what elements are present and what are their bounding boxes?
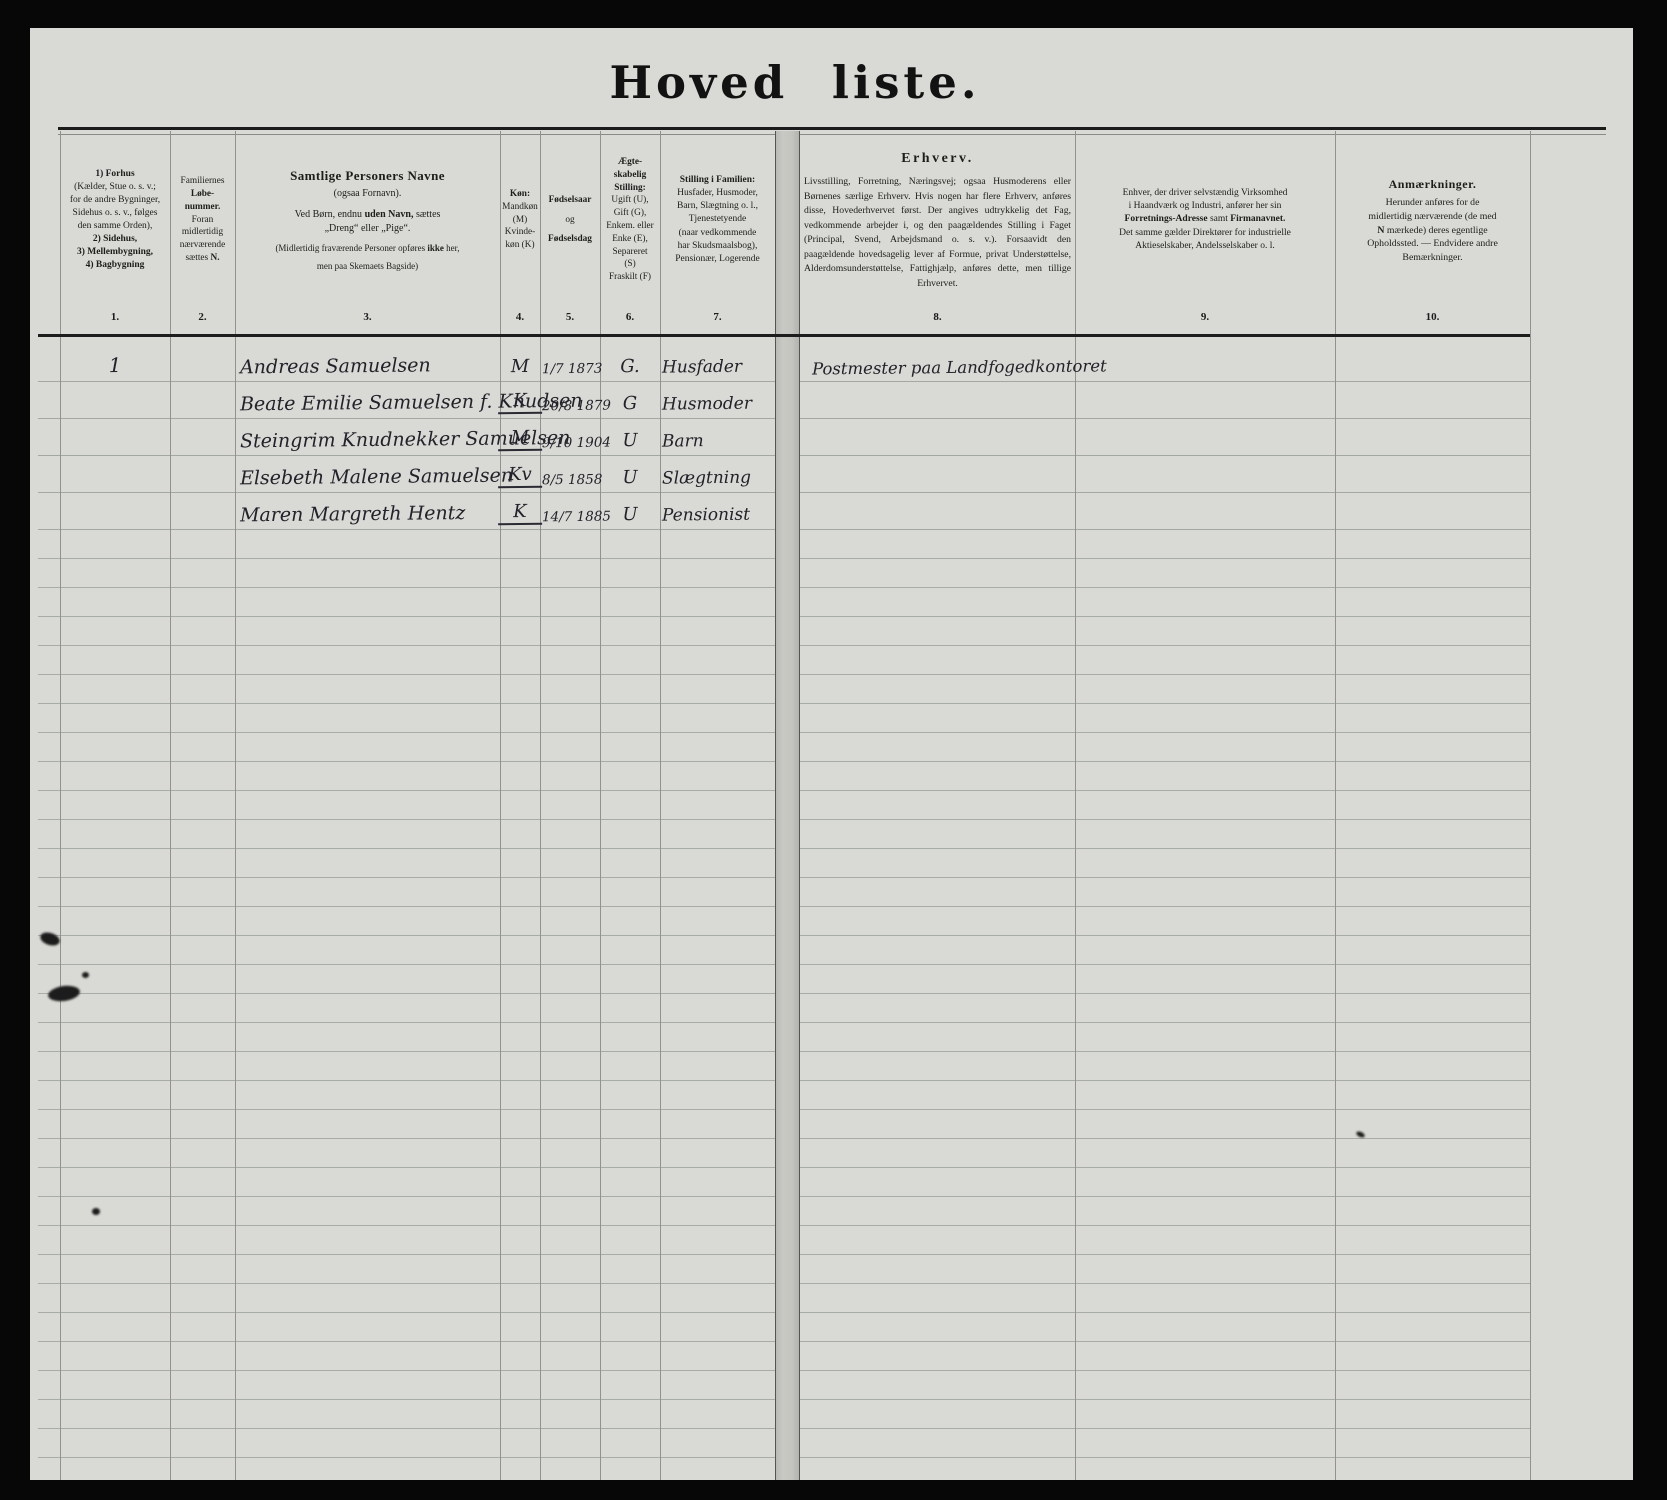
scan-artifact <box>82 972 89 978</box>
entry-birthdate: 8/5 1858 <box>542 472 600 489</box>
entry-family-position: Barn <box>662 430 774 451</box>
column-number: 9. <box>1077 311 1333 331</box>
column-number: 6. <box>601 311 659 331</box>
scanned-census-page: Hoved liste. 1) Forhus(Kælder, Stue o. s… <box>0 0 1667 1500</box>
entry-birthdate: 14/7 1885 <box>542 509 600 526</box>
entry-birthdate: 20/8 1879 <box>542 398 600 415</box>
header-bottom-rule <box>38 334 1530 337</box>
column-number: 1. <box>62 311 168 331</box>
column-number: 3. <box>237 311 498 331</box>
column-header-forhus: 1) Forhus(Kælder, Stue o. s. v.;for de a… <box>62 132 168 308</box>
entry-marital-status: G. <box>602 356 658 378</box>
page-title: Hoved liste. <box>60 56 1530 109</box>
column-header-lobenummer: FamiliernesLøbe-nummer.Foranmidlertidign… <box>171 132 234 308</box>
entry-family-position: Slægtning <box>662 467 774 488</box>
entry-name: Elsebeth Malene Samuelsen <box>240 465 502 490</box>
entry-row: Maren Margreth HentzK14/7 1885UPensionis… <box>30 493 1530 530</box>
column-header-aegteskabelig-stilling: Ægte-skabeligStilling:Ugift (U),Gift (G)… <box>601 132 659 308</box>
entry-marital-status: U <box>602 467 658 489</box>
entry-row: 1Andreas SamuelsenM1/7 1873G.HusfaderPos… <box>30 345 1530 382</box>
entry-sex: K <box>498 390 542 414</box>
column-number: 8. <box>802 311 1073 331</box>
column-number: 4. <box>501 311 539 331</box>
scan-artifact <box>92 1208 100 1215</box>
column-header-fodselsaar: FødselsaarogFødselsdag <box>541 132 599 308</box>
entry-sex: M <box>498 356 542 377</box>
entry-house-number: 1 <box>60 352 170 377</box>
entry-sex: K <box>498 501 542 525</box>
entry-name: Andreas Samuelsen <box>240 354 502 379</box>
column-header-stilling-i-familien: Stilling i Familien:Husfader, Husmoder,B… <box>661 132 774 308</box>
column-header-anmaerkninger: Anmærkninger.Herunder anføres for demidl… <box>1337 132 1528 308</box>
column-header-forretningsadresse: Enhver, der driver selvstændig Virksomhe… <box>1077 132 1333 308</box>
entry-family-position: Pensionist <box>662 504 774 525</box>
entry-occupation: Postmester paa Landfogedkontoret <box>812 357 1092 379</box>
entry-row: Beate Emilie Samuelsen f. KnudsenK20/8 1… <box>30 382 1530 419</box>
entry-family-position: Husfader <box>662 356 774 377</box>
entry-sex: Kv <box>498 464 542 488</box>
entry-family-position: Husmoder <box>662 393 774 414</box>
column-number: 2. <box>171 311 234 331</box>
entry-name: Maren Margreth Hentz <box>240 502 502 527</box>
column-number: 7. <box>661 311 774 331</box>
column-line <box>1530 131 1531 1480</box>
entry-name: Beate Emilie Samuelsen f. Knudsen <box>240 391 502 416</box>
entry-marital-status: U <box>602 430 658 452</box>
document-page: Hoved liste. 1) Forhus(Kælder, Stue o. s… <box>30 28 1633 1480</box>
entries: 1Andreas SamuelsenM1/7 1873G.HusfaderPos… <box>30 345 1530 530</box>
entry-row: Elsebeth Malene SamuelsenKv8/5 1858USlæg… <box>30 456 1530 493</box>
entry-birthdate: 1/7 1873 <box>542 361 600 378</box>
column-number: 10. <box>1337 311 1528 331</box>
entry-marital-status: G <box>602 393 658 415</box>
entry-sex: M <box>498 427 542 451</box>
column-header-erhverv: Erhverv.Livsstilling, Forretning, Næring… <box>802 132 1073 308</box>
entry-marital-status: U <box>602 504 658 526</box>
column-number: 5. <box>541 311 599 331</box>
entry-name: Steingrim Knudnekker Samuelsen <box>240 428 502 453</box>
column-header-kon: Køn:Mandkøn(M)Kvinde-køn (K) <box>501 132 539 308</box>
column-header-navne: Samtlige Personers Navne(ogsaa Fornavn).… <box>237 132 498 308</box>
entry-birthdate: 9/10 1904 <box>542 435 600 452</box>
entry-row: Steingrim Knudnekker SamuelsenM9/10 1904… <box>30 419 1530 456</box>
